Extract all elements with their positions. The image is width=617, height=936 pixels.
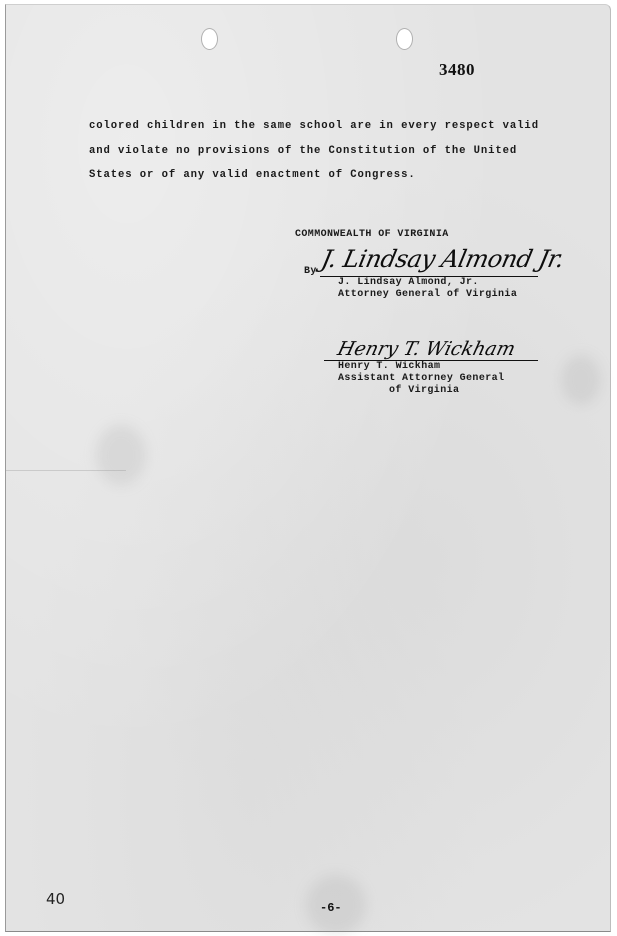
punch-hole [202,29,217,49]
body-text-line: colored children in the same school are … [89,120,539,132]
signatory-title: Attorney General of Virginia [338,289,517,301]
smudge [96,425,146,485]
document-stamp-number: 3480 [439,60,475,80]
signatory-name: Henry T. Wickham [338,361,440,373]
signatory-name: J. Lindsay Almond, Jr. [338,277,479,289]
signature-almond: J. Lindsay Almond Jr. [319,245,566,273]
by-label: By [304,266,317,278]
signatory-title: Assistant Attorney General [338,373,504,385]
smudge [561,355,601,405]
body-text-line: States or of any valid enactment of Cong… [89,169,416,181]
signatory-title: of Virginia [389,385,459,397]
document-page: 3480 colored children in the same school… [5,4,611,932]
paper-crease [6,470,126,471]
body-text-line: and violate no provisions of the Constit… [89,145,517,157]
footer-page-mark: -6- [320,901,342,915]
punch-hole [397,29,412,49]
organization-heading: COMMONWEALTH OF VIRGINIA [295,229,449,241]
archive-page-number: 40 [46,890,65,908]
signature-wickham: Henry T. Wickham [335,338,517,360]
